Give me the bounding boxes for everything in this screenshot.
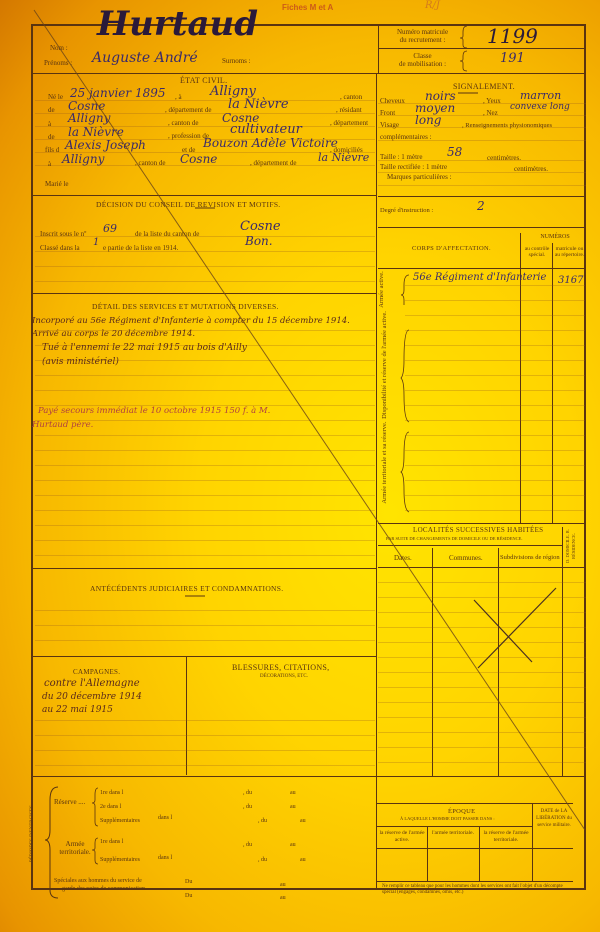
matricule-repertoire-label: matricule ou au répertoire. — [553, 246, 586, 258]
firstnames-label: Prénoms : — [44, 59, 72, 67]
signalement-title: SIGNALEMENT. — [453, 82, 515, 91]
service-line-4: (avis ministériel) — [42, 357, 119, 367]
physio-label: , Renseignements physionomiques — [462, 122, 552, 129]
marks-label: Marques particulières : — [387, 173, 452, 181]
residence-departement: la Nièvre — [68, 125, 124, 139]
speciales-du-2: Du — [185, 893, 192, 899]
matricule-label: Numéro matricule du recrutement : — [385, 28, 460, 44]
classe-label-line1: Classe — [385, 52, 460, 60]
inscribed-number: 69 — [103, 222, 117, 235]
at-label: , à — [175, 93, 182, 101]
instruction-value: 2 — [477, 199, 485, 213]
parents-place: Alligny — [62, 152, 104, 166]
domicile-residence-label: D. DOMICILE. R. RÉSIDENCE. — [565, 526, 577, 566]
reserve-supp-dans: dans l — [158, 815, 172, 821]
communes-column-header: Communes. — [449, 554, 483, 562]
territoriale-1-au: au — [290, 842, 296, 848]
complementary-label: complémentaires : — [380, 133, 432, 141]
blessures-subtitle: DÉCORATIONS, ETC. — [260, 674, 308, 679]
speciales-au-2: au — [280, 895, 286, 901]
eyes-label: , Yeux — [483, 97, 501, 105]
birth-date: 25 janvier 1895 — [70, 86, 166, 100]
service-line-1: Incorporé au 56e Régiment d'Infanterie à… — [32, 316, 350, 326]
hair-label: Cheveux — [380, 97, 405, 105]
service-line-3: Tué à l'ennemi le 22 mai 1915 au bois d'… — [42, 343, 247, 353]
campagne-line-1: contre l'Allemagne — [44, 678, 140, 689]
stamp-annotation: R/J — [425, 0, 440, 11]
birth-departement: la Nièvre — [228, 97, 289, 112]
decision-canton: Cosne — [240, 219, 281, 234]
armee-active-label: Armée active. — [378, 267, 385, 312]
campagnes-title: CAMPAGNES. — [73, 668, 120, 676]
periodes-side-label: PÉRIODES D'EXERCICES. — [30, 793, 35, 873]
list-canton-label: de la liste du canton de — [135, 230, 199, 238]
reserve-supp-du: , du — [258, 818, 267, 824]
profession-value: cultivateur — [230, 122, 302, 137]
corrected-height-label: Taille rectifiée : 1 mètre — [380, 163, 447, 171]
territoriale-supp-dans: dans l — [158, 855, 172, 861]
territoriale-supp-du: , du — [258, 857, 267, 863]
firstnames-value: Auguste André — [92, 50, 198, 66]
liberation-date-title: DATE de LA LIBÉRATION du service militai… — [534, 808, 574, 829]
corps-title: CORPS D'AFFECTATION. — [412, 245, 491, 252]
territoriale-label: Armée territoriale et sa réserve. — [380, 420, 389, 505]
epoque-subtitle: À LAQUELLE L'HOMME DOIT PASSER DANS : — [400, 816, 495, 821]
localites-title: LOCALITÉS SUCCESSIVES HABITÉES — [413, 526, 543, 534]
epoque-note: Ne remplir ce tableau que pour les homme… — [382, 884, 572, 896]
parents-canton: Cosne — [180, 152, 217, 166]
centimeters-label: centimètres. — [487, 154, 521, 162]
matricule-value: 1199 — [487, 24, 538, 48]
instruction-label: Degré d'instruction : — [380, 207, 433, 214]
reserve-supp-label: Supplémentaires — [100, 818, 140, 824]
classed-label: Classé dans la — [40, 244, 80, 252]
blessures-title: BLESSURES, CITATIONS, — [232, 663, 329, 672]
canton-de-label: , canton de — [168, 119, 199, 127]
height-label: Taille : 1 mètre — [380, 153, 422, 161]
classe-label-line2: de mobilisation : — [385, 60, 460, 68]
armee-active-value: 56e Régiment d'Infanterie — [413, 272, 546, 283]
matricule-label-line1: Numéro matricule — [385, 28, 460, 36]
de-label: de — [48, 106, 55, 114]
territoriale-1-label: 1re dans l — [100, 839, 123, 845]
reserve-2-au: au — [290, 804, 296, 810]
military-register-page: Fiches M et A R/J Hurtaud Nom : Prénoms … — [0, 0, 600, 932]
part-label: e partie de la liste en 1914. — [103, 244, 178, 252]
campagne-line-3: au 22 mai 1915 — [42, 705, 113, 715]
born-label: Né le — [48, 93, 63, 101]
departement-label-3: , département de — [250, 159, 296, 167]
departement-label: , département de — [165, 106, 211, 114]
speciales-label-2: garde des voies de communication. — [62, 886, 146, 892]
canton-label: , canton — [340, 93, 362, 101]
inscribed-label: Inscrit sous le nº — [40, 230, 86, 238]
epoque-title: ÉPOQUE — [448, 808, 475, 815]
territoriale-supp-au: au — [300, 857, 306, 863]
surname-label: Nom : — [50, 44, 68, 52]
decision-result: Bon. — [245, 234, 273, 248]
eyes-value: marron — [520, 89, 561, 102]
a-label: à — [48, 120, 51, 128]
nose-value: convexe long — [510, 102, 570, 112]
centimeters-label-2: centimètres. — [514, 165, 548, 173]
father-name: Alexis Joseph — [65, 138, 146, 152]
son-of-label: fils d — [45, 146, 59, 154]
decision-title: DÉCISION DU CONSEIL DE REVISION ET MOTIF… — [96, 200, 280, 209]
speciales-du-1: Du — [185, 879, 192, 885]
epoque-reserve-territoriale: la réserve de l'armée territoriale. — [481, 830, 531, 844]
mother-name: Bouzon Adèle Victoire — [203, 136, 338, 150]
classe-value: 191 — [500, 51, 525, 66]
nose-label: , Nez — [483, 109, 498, 117]
reserve-2-du: , du — [243, 804, 252, 810]
speciales-label-1: Spéciales aux hommes du service de — [54, 878, 142, 884]
reserve-label: Réserve .... — [54, 798, 85, 806]
de-label-2: de — [48, 133, 55, 141]
territoriale-supp-label: Supplémentaires — [100, 857, 140, 863]
married-label: Marié le — [45, 180, 69, 188]
dates-column-header: Dates. — [394, 554, 412, 562]
localites-subtitle: PAR SUITE DE CHANGEMENTS DE DOMICILE OU … — [386, 536, 522, 541]
controle-label: au contrôle spécial. — [522, 246, 552, 258]
face-value: long — [415, 113, 441, 127]
reserve-2-label: 2e dans l — [100, 804, 121, 810]
reserve-1-du: , du — [243, 790, 252, 796]
archive-stamp: Fiches M et A — [282, 3, 333, 12]
campagne-line-2: du 20 décembre 1914 — [42, 692, 142, 702]
territoriale-1-du: , du — [243, 842, 252, 848]
numeros-label: NUMÉROS — [525, 234, 585, 240]
territoriale-periode-label: Armée territoriale. — [54, 840, 96, 856]
matricule-label-line2: du recrutement : — [385, 36, 460, 44]
face-label: Visage — [380, 121, 399, 129]
canton-de-label-2: , canton de — [135, 159, 166, 167]
services-title: DÉTAIL DES SERVICES ET MUTATIONS DIVERSE… — [92, 302, 279, 311]
part-value: 1 — [93, 237, 99, 248]
parents-departement: la Nièvre — [318, 151, 369, 164]
residant-label: , résidant — [336, 106, 362, 114]
classe-label: Classe de mobilisation : — [385, 52, 460, 68]
reserve-1-label: 1re dans l — [100, 790, 123, 796]
secours-line-2: Hurtaud père. — [32, 420, 93, 430]
service-line-2: Arrivé au corps le 20 décembre 1914. — [32, 329, 195, 339]
subdivisions-column-header: Subdivisions de région — [500, 554, 560, 561]
epoque-territoriale: l'armée territoriale. — [429, 830, 477, 837]
reserve-1-au: au — [290, 790, 296, 796]
antecedents-title: ANTÉCÉDENTS JUDICIAIRES ET CONDAMNATIONS… — [90, 584, 283, 593]
forehead-label: Front — [380, 109, 395, 117]
epoque-reserve-active: la réserve de l'armée active. — [378, 830, 426, 844]
disponibilite-label: Disponibilité et réserve de l'armée acti… — [380, 310, 389, 420]
secours-line-1: Payé secours immédiat le 10 octobre 1915… — [38, 406, 270, 416]
residence: Alligny — [68, 111, 110, 125]
departement-label-2: , département — [330, 119, 368, 127]
height-value: 58 — [447, 145, 462, 159]
nicknames-label: Surnoms : — [222, 57, 251, 65]
a-label-3: à — [48, 160, 51, 168]
surname-value: Hurtaud — [97, 4, 258, 44]
reserve-supp-au: au — [300, 818, 306, 824]
speciales-au-1: au — [280, 882, 286, 888]
